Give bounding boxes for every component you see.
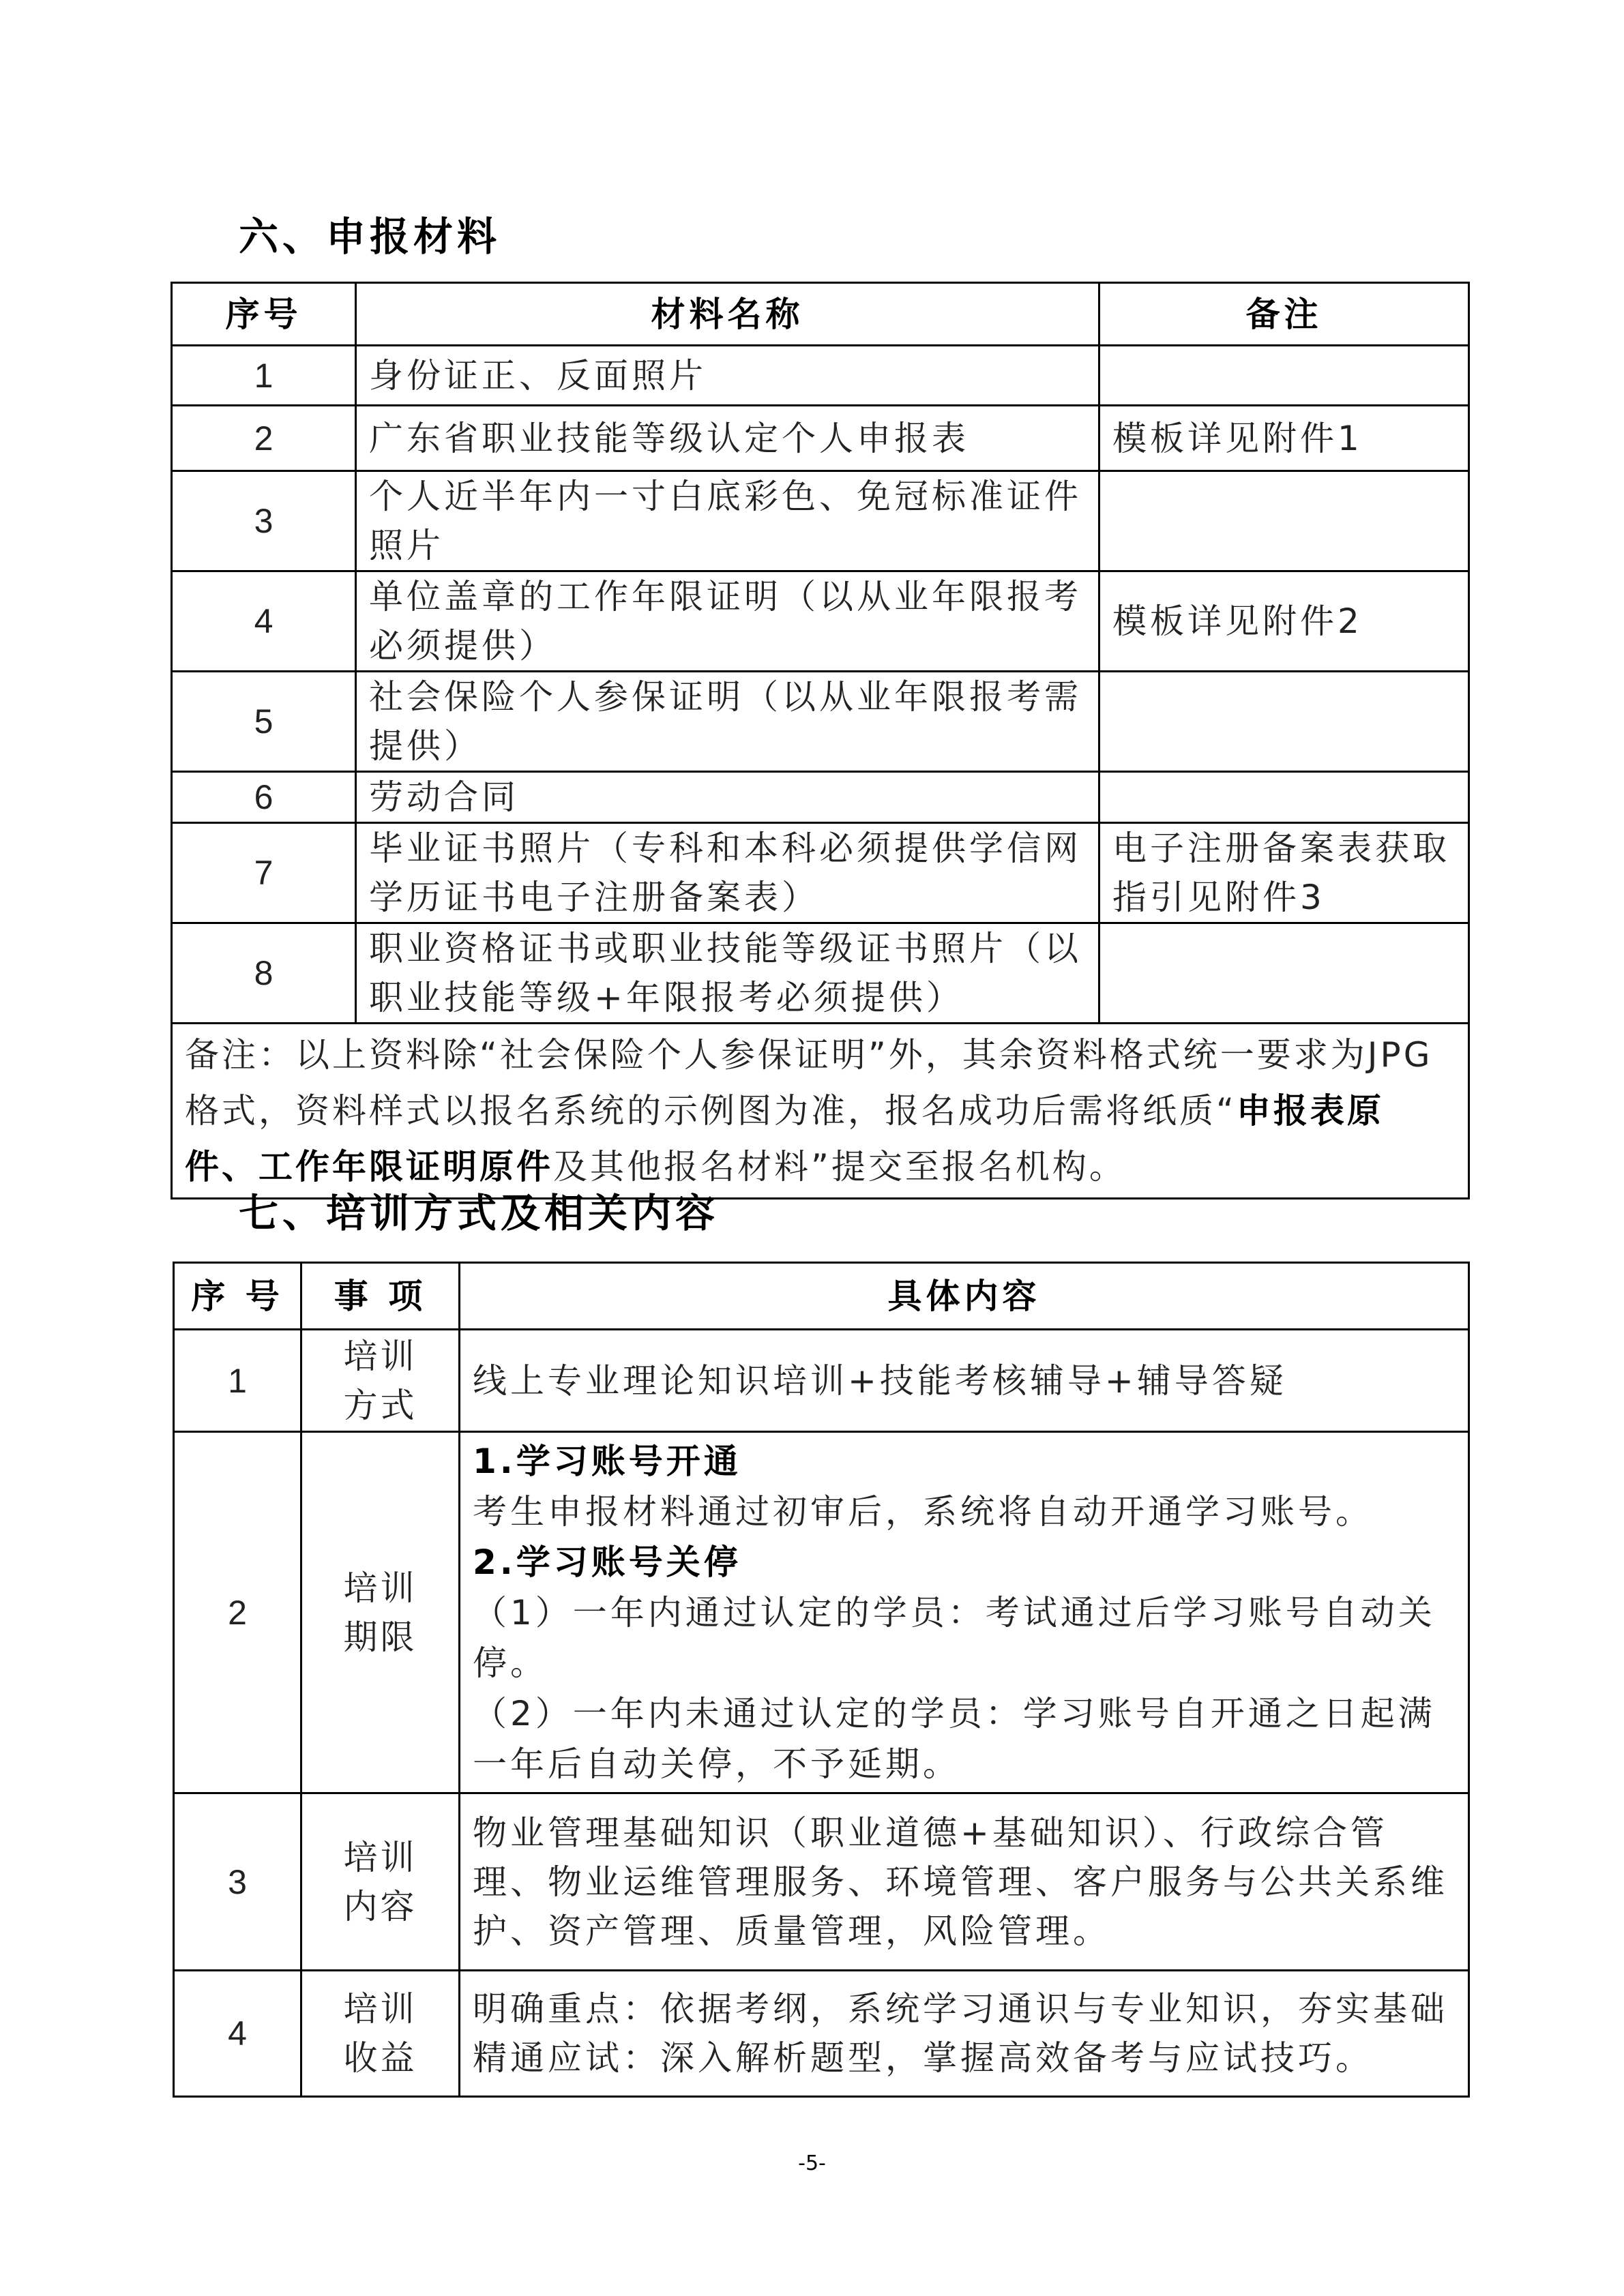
table-row: 6 劳动合同	[172, 772, 1469, 823]
header-material-name: 材料名称	[356, 283, 1099, 346]
page-number: -5-	[0, 2151, 1624, 2175]
table-row: 7 毕业证书照片（专科和本科必须提供学信网学历证书电子注册备案表） 电子注册备案…	[172, 823, 1469, 923]
row-no: 7	[172, 823, 356, 923]
row-remark	[1099, 672, 1469, 772]
row-material-name: 社会保险个人参保证明（以从业年限报考需提供）	[356, 672, 1099, 772]
row-content: 明确重点：依据考纲，系统学习通识与专业知识，夯实基础 精通应试：深入解析题型，掌…	[460, 1971, 1469, 2097]
table-header-row: 序号 材料名称 备注	[172, 283, 1469, 346]
row-no: 6	[172, 772, 356, 823]
materials-note: 备注：以上资料除“社会保险个人参保证明”外，其余资料格式统一要求为JPG格式，资…	[172, 1024, 1469, 1199]
section-6-title: 六、申报材料	[239, 217, 501, 256]
header-no: 序号	[172, 283, 356, 346]
row-remark	[1099, 346, 1469, 406]
row-content: 1.学习账号开通 考生申报材料通过初审后，系统将自动开通学习账号。 2.学习账号…	[460, 1432, 1469, 1793]
content-text: 精通应试：深入解析题型，掌握高效备考与应试技巧。	[473, 2033, 1456, 2083]
row-no: 3	[172, 471, 356, 571]
table-row: 3 培训内容 物业管理基础知识（职业道德+基础知识）、行政综合管理、物业运维管理…	[174, 1793, 1469, 1971]
row-remark	[1099, 471, 1469, 571]
materials-table: 序号 材料名称 备注 1 身份证正、反面照片 2 广东省职业技能等级认定个人申报…	[171, 282, 1470, 1199]
row-no: 8	[172, 923, 356, 1024]
row-content: 线上专业理论知识培训+技能考核辅导+辅导答疑	[460, 1330, 1469, 1432]
row-material-name: 职业资格证书或职业技能等级证书照片（以职业技能等级+年限报考必须提供）	[356, 923, 1099, 1024]
row-material-name: 劳动合同	[356, 772, 1099, 823]
note-row: 备注：以上资料除“社会保险个人参保证明”外，其余资料格式统一要求为JPG格式，资…	[172, 1024, 1469, 1199]
header-remark: 备注	[1099, 283, 1469, 346]
row-item: 培训期限	[301, 1432, 460, 1793]
row-no: 2	[174, 1432, 301, 1793]
row-no: 1	[174, 1330, 301, 1432]
table-header-row: 序 号 事 项 具体内容	[174, 1263, 1469, 1330]
table-row: 2 培训期限 1.学习账号开通 考生申报材料通过初审后，系统将自动开通学习账号。…	[174, 1432, 1469, 1793]
row-remark	[1099, 923, 1469, 1024]
content-text: （2）一年内未通过认定的学员：学习账号自开通之日起满一年后自动关停，不予延期。	[473, 1688, 1456, 1789]
content-text: 明确重点：依据考纲，系统学习通识与专业知识，夯实基础	[473, 1984, 1456, 2033]
row-remark: 模板详见附件2	[1099, 571, 1469, 672]
note-text-2: 及其他报名材料”提交至报名机构。	[553, 1147, 1126, 1187]
row-no: 5	[172, 672, 356, 772]
row-item: 培训内容	[301, 1793, 460, 1971]
table-row: 1 培训方式 线上专业理论知识培训+技能考核辅导+辅导答疑	[174, 1330, 1469, 1432]
row-item: 培训收益	[301, 1971, 460, 2097]
row-remark: 模板详见附件1	[1099, 406, 1469, 471]
row-remark: 电子注册备案表获取指引见附件3	[1099, 823, 1469, 923]
header-no: 序 号	[174, 1263, 301, 1330]
row-no: 3	[174, 1793, 301, 1971]
row-material-name: 单位盖章的工作年限证明（以从业年限报考必须提供）	[356, 571, 1099, 672]
content-heading: 2.学习账号关停	[473, 1537, 1456, 1587]
table-row: 2 广东省职业技能等级认定个人申报表 模板详见附件1	[172, 406, 1469, 471]
table-row: 3 个人近半年内一寸白底彩色、免冠标准证件照片	[172, 471, 1469, 571]
row-remark	[1099, 772, 1469, 823]
header-content: 具体内容	[460, 1263, 1469, 1330]
table-row: 8 职业资格证书或职业技能等级证书照片（以职业技能等级+年限报考必须提供）	[172, 923, 1469, 1024]
training-table: 序 号 事 项 具体内容 1 培训方式 线上专业理论知识培训+技能考核辅导+辅导…	[173, 1262, 1470, 2098]
table-row: 4 单位盖章的工作年限证明（以从业年限报考必须提供） 模板详见附件2	[172, 571, 1469, 672]
content-text: 考生申报材料通过初审后，系统将自动开通学习账号。	[473, 1487, 1456, 1537]
row-material-name: 个人近半年内一寸白底彩色、免冠标准证件照片	[356, 471, 1099, 571]
row-content: 物业管理基础知识（职业道德+基础知识）、行政综合管理、物业运维管理服务、环境管理…	[460, 1793, 1469, 1971]
header-item: 事 项	[301, 1263, 460, 1330]
row-item: 培训方式	[301, 1330, 460, 1432]
row-material-name: 广东省职业技能等级认定个人申报表	[356, 406, 1099, 471]
table-row: 4 培训收益 明确重点：依据考纲，系统学习通识与专业知识，夯实基础 精通应试：深…	[174, 1971, 1469, 2097]
row-no: 4	[174, 1971, 301, 2097]
row-material-name: 身份证正、反面照片	[356, 346, 1099, 406]
section-7-title: 七、培训方式及相关内容	[239, 1193, 719, 1233]
row-no: 1	[172, 346, 356, 406]
content-text: （1）一年内通过认定的学员：考试通过后学习账号自动关停。	[473, 1587, 1456, 1688]
content-heading: 1.学习账号开通	[473, 1436, 1456, 1487]
row-no: 2	[172, 406, 356, 471]
table-row: 5 社会保险个人参保证明（以从业年限报考需提供）	[172, 672, 1469, 772]
row-no: 4	[172, 571, 356, 672]
row-material-name: 毕业证书照片（专科和本科必须提供学信网学历证书电子注册备案表）	[356, 823, 1099, 923]
table-row: 1 身份证正、反面照片	[172, 346, 1469, 406]
